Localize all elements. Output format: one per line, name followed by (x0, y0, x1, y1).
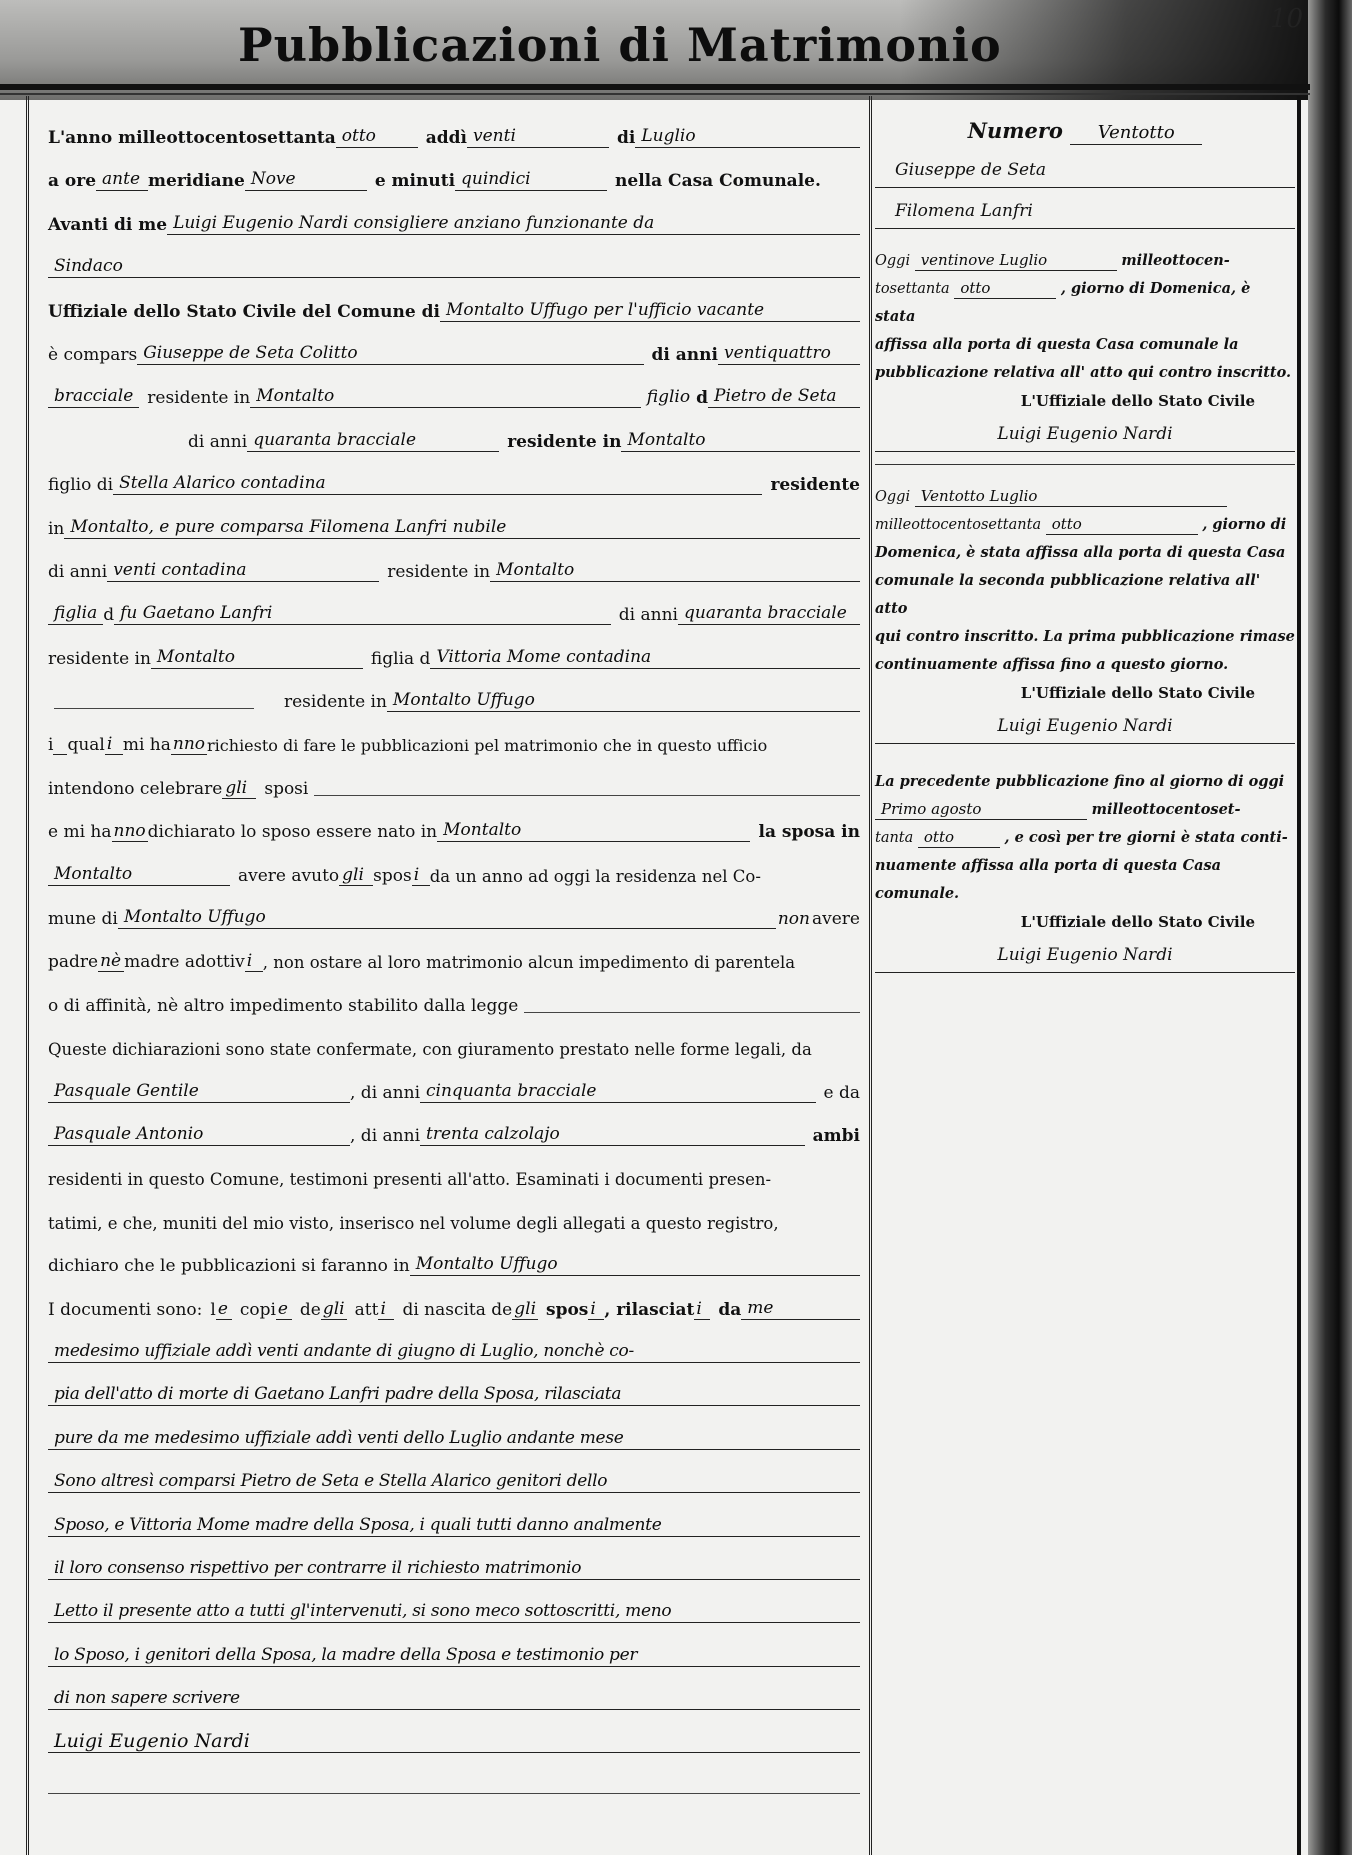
label: qual (67, 735, 104, 755)
form-line-publication-place: dichiaro che le pubblicazioni si faranno… (48, 1238, 860, 1276)
header-rule-thin (0, 93, 1310, 95)
form-line-officer-cont: Sindaco (48, 240, 860, 278)
form-line-celebrate: intendono celebrare gli sposi (48, 761, 860, 799)
label: La precedente pubblicazione fino al gior… (875, 768, 1295, 796)
field-article[interactable]: gli (222, 778, 256, 799)
label: i (48, 735, 53, 755)
label: , e così per tre giorni è stata conti- (1005, 829, 1288, 846)
form-line-documents-1: residenti in questo Comune, testimoni pr… (48, 1151, 860, 1189)
label: continuamente affissa fino a questo gior… (875, 651, 1295, 679)
field-blank[interactable] (53, 754, 67, 755)
field-year[interactable]: otto (336, 126, 418, 148)
label: meridiane (148, 171, 245, 191)
label: padre (48, 952, 98, 972)
field-residence-comune[interactable]: Montalto Uffugo (118, 907, 776, 929)
label: residenti in questo Comune, testimoni pr… (48, 1170, 771, 1189)
label: richiesto di fare le pubblicazioni pel m… (207, 736, 767, 755)
field-second-date[interactable]: Ventotto Luglio (915, 487, 1227, 507)
label: mune di (48, 909, 118, 929)
label: , di anni (350, 1083, 420, 1103)
right-column-border (1297, 96, 1301, 1855)
label: residente (770, 475, 860, 495)
form-line-witness-2: Pasquale Antonio , di anni trenta calzol… (48, 1108, 860, 1146)
field-witness-2-age[interactable]: trenta calzolajo (420, 1124, 805, 1146)
signature-title: L'Uffiziale dello Stato Civile (875, 908, 1295, 936)
label: nuamente affissa alla porta di questa Ca… (875, 852, 1295, 908)
label: addì (426, 128, 467, 148)
form-line-groom: è compars Giuseppe de Seta Colitto di an… (48, 327, 860, 365)
label: Oggi (875, 489, 910, 505)
field-month[interactable]: Luglio (635, 126, 860, 148)
field-suffix[interactable]: gli (512, 1299, 538, 1320)
label: Domenica, è stata affissa alla porta di … (875, 539, 1295, 567)
form-line-comune: Uffiziale dello Stato Civile del Comune … (48, 284, 860, 322)
divider (875, 464, 1295, 465)
label: spos (373, 866, 412, 886)
handwritten-narrative: medesimo uffiziale addì venti andante di… (48, 1325, 860, 1710)
label: comunale la seconda pubblicazione relati… (875, 567, 1295, 623)
marriage-act-form: L'anno milleottocentosettanta otto addì … (48, 110, 860, 1802)
record-number-label: Numero (968, 118, 1063, 143)
narrative-line: Sposo, e Vittoria Mome madre della Sposa… (48, 1499, 860, 1537)
field-groom-father-age[interactable]: quaranta bracciale (247, 430, 499, 452)
label: d (103, 605, 114, 625)
label: tanta (875, 830, 913, 846)
field-witness-2-name[interactable]: Pasquale Antonio (48, 1124, 350, 1146)
label: dichiaro che le pubblicazioni si faranno… (48, 1256, 410, 1276)
form-line-oath: Queste dichiarazioni sono state conferma… (48, 1021, 860, 1059)
form-line-bride-father: figlia d fu Gaetano Lanfri di anni quara… (48, 587, 860, 625)
blank-field (314, 794, 860, 796)
label: milleottocen- (1121, 252, 1229, 269)
label: e minuti (375, 171, 455, 191)
label: L'anno milleottocentosettanta (48, 128, 336, 148)
label: milleottocentosettanta (875, 517, 1041, 533)
blank-field (54, 707, 254, 709)
form-line-documents-2: tatimi, e che, muniti del mio visto, ins… (48, 1195, 860, 1233)
label: di anni (619, 605, 678, 625)
label: avere (812, 909, 860, 929)
narrative-line: Sono altresì comparsi Pietro de Seta e S… (48, 1455, 860, 1493)
label: Uffiziale dello Stato Civile del Comune … (48, 302, 440, 322)
narrative-line: Letto il presente atto a tutti gl'interv… (48, 1585, 860, 1623)
label: copi (240, 1300, 276, 1320)
form-line-groom-father: di anni quaranta bracciale residente in … (48, 414, 860, 452)
label: ambi (813, 1126, 860, 1146)
field-bride-father[interactable]: fu Gaetano Lanfri (114, 603, 611, 625)
field-bride-birthplace[interactable]: Montalto (48, 864, 230, 886)
label: , rilasciat (604, 1300, 694, 1320)
field-suffix[interactable]: e (216, 1299, 232, 1320)
field-suffix[interactable]: nno (171, 734, 207, 755)
form-line-officer: Avanti di me Luigi Eugenio Nardi consigl… (48, 197, 860, 235)
label: madre adottiv (124, 952, 245, 972)
label: pubblicazione relativa all' atto qui con… (875, 359, 1295, 387)
field-article[interactable]: gli (339, 865, 373, 886)
publication-notices: Numero Ventotto Giuseppe de Seta Filomen… (875, 110, 1295, 983)
label: residente in (147, 388, 250, 408)
trailing-rule (48, 1759, 860, 1797)
field-day[interactable]: venti (467, 126, 609, 148)
label: e da (824, 1083, 860, 1103)
officer-signature[interactable]: Luigi Eugenio Nardi (875, 938, 1295, 973)
label: figlio di (48, 475, 113, 495)
form-line-bride-age: di anni venti contadina residente in Mon… (48, 544, 860, 582)
field-suffix[interactable]: i (588, 1299, 604, 1320)
label: Queste dichiarazioni sono state conferma… (48, 1040, 812, 1059)
field-groom-residence[interactable]: Montalto (250, 386, 641, 408)
field-suffix[interactable]: nno (112, 821, 148, 842)
narrative-line: di non sapere scrivere (48, 1672, 860, 1710)
label: nella Casa Comunale. (615, 171, 821, 191)
second-publication-notice: Oggi Ventotto Luglio milleottocentosetta… (875, 483, 1295, 744)
narrative-line: medesimo uffiziale addì venti andante di… (48, 1325, 860, 1363)
form-line-impediment: o di affinità, nè altro impedimento stab… (48, 978, 860, 1016)
label: residente in (284, 692, 387, 712)
narrative-line: pia dell'atto di morte di Gaetano Lanfri… (48, 1368, 860, 1406)
officer-signature[interactable]: Luigi Eugenio Nardi (875, 709, 1295, 744)
field-officer-name[interactable]: Luigi Eugenio Nardi consigliere anziano … (167, 213, 860, 235)
form-line-bride-mother: residente in Montalto figlia d Vittoria … (48, 631, 860, 669)
label: d (696, 388, 708, 408)
label: la sposa in (758, 822, 860, 842)
first-publication-notice: Oggi ventinove Luglio milleottocen- tose… (875, 247, 1295, 452)
form-line-comune-residence: mune di Montalto Uffugo non avere (48, 891, 860, 929)
form-line-adoptive: padre nè madre adottiv i , non ostare al… (48, 934, 860, 972)
label: a ore (48, 171, 96, 191)
label: residente in (48, 649, 151, 669)
blank-field (48, 1792, 860, 1794)
form-line-bride-mother-residence: residente in Montalto Uffugo (48, 674, 860, 712)
form-line-groom-mother: figlio di Stella Alarico contadina resid… (48, 457, 860, 495)
label: , non ostare al loro matrimonio alcun im… (263, 953, 795, 972)
field-officer-title[interactable]: Sindaco (48, 256, 860, 278)
form-line-groom-residence: bracciale residente in Montalto figlio d… (48, 370, 860, 408)
field-issuer[interactable]: me (741, 1298, 860, 1320)
scan-shadow-right-edge (1308, 0, 1352, 1855)
label: spos (546, 1300, 588, 1320)
label: intendono celebrare (48, 779, 222, 799)
label: de (300, 1300, 321, 1320)
field-end-year[interactable]: otto (918, 828, 1000, 848)
field-bride-daughter-of[interactable]: figlia (48, 603, 103, 625)
field-suffix[interactable]: i (245, 951, 263, 972)
field-first-date[interactable]: ventinove Luglio (915, 251, 1117, 271)
form-line-request: i qual i mi ha nno richiesto di fare le … (48, 717, 860, 755)
field-bride-intro[interactable]: Montalto, e pure comparsa Filomena Lanfr… (64, 517, 860, 539)
label: residente in (507, 432, 621, 452)
form-line-witness-1: Pasquale Gentile , di anni cinquanta bra… (48, 1065, 860, 1103)
field-groom-name[interactable]: Giuseppe de Seta Colitto (137, 343, 643, 365)
field-suffix[interactable]: gli (321, 1299, 347, 1320)
field-suffix[interactable]: i (412, 865, 430, 886)
narrative-line: pure da me medesimo uffiziale addì venti… (48, 1412, 860, 1450)
field-comune[interactable]: Montalto Uffugo per l'ufficio vacante (440, 300, 860, 322)
label: , di anni (350, 1126, 420, 1146)
label: di anni (652, 345, 718, 365)
label: da un anno ad oggi la residenza nel Co- (430, 867, 761, 886)
field-end-date[interactable]: Primo agosto (875, 800, 1087, 820)
officer-signature[interactable]: Luigi Eugenio Nardi (875, 417, 1295, 452)
label: di anni (188, 432, 247, 452)
page-title: Pubblicazioni di Matrimonio (238, 18, 1002, 72)
field-groom-age[interactable]: ventiquattro (718, 343, 860, 365)
field-second-year[interactable]: otto (1046, 515, 1198, 535)
field-negation[interactable]: nè (98, 951, 124, 972)
field-bride-mother[interactable]: Vittoria Mome contadina (430, 647, 860, 669)
field-groom-father[interactable]: Pietro de Seta (708, 386, 860, 408)
signature-line: Luigi Eugenio Nardi (48, 1715, 860, 1753)
label: avere avuto (238, 866, 339, 886)
label: tatimi, e che, muniti del mio visto, ins… (48, 1214, 779, 1233)
label: figlia d (371, 649, 431, 669)
label: qui contro inscritto. La prima pubblicaz… (875, 623, 1295, 651)
header-rule (0, 84, 1310, 90)
label: di (617, 128, 635, 148)
label: o di affinità, nè altro impedimento stab… (48, 996, 518, 1016)
field-suffix[interactable]: i (105, 734, 123, 755)
officer-signature[interactable]: Luigi Eugenio Nardi (48, 1731, 860, 1753)
form-line-time: a ore ante meridiane Nove e minuti quind… (48, 153, 860, 191)
field-suffix[interactable]: i (694, 1299, 710, 1320)
form-line-birthplace: e mi ha nno dichiarato lo sposo essere n… (48, 804, 860, 842)
record-number-value[interactable]: Ventotto (1070, 123, 1202, 145)
blank-field (524, 1011, 860, 1013)
field-bride-father-age[interactable]: quaranta bracciale (678, 603, 860, 625)
label: Oggi (875, 253, 910, 269)
field-publication-place[interactable]: Montalto Uffugo (410, 1254, 860, 1276)
label: tosettanta (875, 281, 950, 297)
page-number: 10 (1270, 4, 1303, 34)
field-bride-father-residence[interactable]: Montalto (151, 647, 363, 669)
field-groom-mother[interactable]: Stella Alarico contadina (113, 473, 762, 495)
label: di anni (48, 562, 107, 582)
label: milleottocentoset- (1092, 801, 1241, 818)
field-groom-father-residence[interactable]: Montalto (621, 430, 860, 452)
label: mi ha (123, 735, 171, 755)
bride-name-entry[interactable]: Filomena Lanfri (875, 196, 1295, 229)
label: sposi (264, 779, 308, 799)
label: è compars (48, 345, 137, 365)
label: I documenti sono: (48, 1300, 202, 1320)
field-bride-age[interactable]: venti contadina (107, 560, 379, 582)
signature-title: L'Uffiziale dello Stato Civile (875, 679, 1295, 707)
narrative-line: lo Sposo, i genitori della Sposa, la mad… (48, 1629, 860, 1667)
label: di nascita de (402, 1300, 512, 1320)
field-suffix[interactable]: e (276, 1299, 292, 1320)
form-line-bride: in Montalto, e pure comparsa Filomena La… (48, 501, 860, 539)
field-negation[interactable]: non (776, 909, 812, 929)
form-line-documents-list: I documenti sono: l e copi e de gli att … (48, 1282, 860, 1320)
form-line-residence-year: Montalto avere avuto gli spos i da un an… (48, 848, 860, 886)
field-witness-1-name[interactable]: Pasquale Gentile (48, 1081, 350, 1103)
field-groom-occupation[interactable]: bracciale (48, 386, 139, 408)
field-bride-mother-residence[interactable]: Montalto Uffugo (387, 690, 860, 712)
field-am-pm[interactable]: ante (96, 169, 148, 191)
field-groom-birthplace[interactable]: Montalto (437, 820, 750, 842)
label: affissa alla porta di questa Casa comuna… (875, 331, 1295, 359)
third-publication-notice: La precedente pubblicazione fino al gior… (875, 768, 1295, 973)
record-number: Numero Ventotto (875, 118, 1295, 145)
form-line-year: L'anno milleottocentosettanta otto addì … (48, 110, 860, 148)
field-minutes[interactable]: quindici (455, 169, 607, 191)
label: residente in (387, 562, 490, 582)
field-first-year[interactable]: otto (954, 279, 1056, 299)
label: dichiarato lo sposo essere nato in (148, 822, 437, 842)
label: e mi ha (48, 822, 112, 842)
field-groom-son-of[interactable]: figlio (641, 387, 696, 408)
label: in (48, 519, 64, 539)
label: Avanti di me (48, 215, 167, 235)
groom-name-entry[interactable]: Giuseppe de Seta (875, 155, 1295, 188)
label: da (718, 1300, 741, 1320)
field-hour[interactable]: Nove (245, 169, 367, 191)
label: att (355, 1300, 379, 1320)
field-bride-residence[interactable]: Montalto (490, 560, 860, 582)
field-suffix[interactable]: i (378, 1299, 394, 1320)
label: , giorno di (1202, 516, 1286, 533)
narrative-line: il loro consenso rispettivo per contrarr… (48, 1542, 860, 1580)
signature-title: L'Uffiziale dello Stato Civile (875, 387, 1295, 415)
field-witness-1-age[interactable]: cinquanta bracciale (420, 1081, 816, 1103)
